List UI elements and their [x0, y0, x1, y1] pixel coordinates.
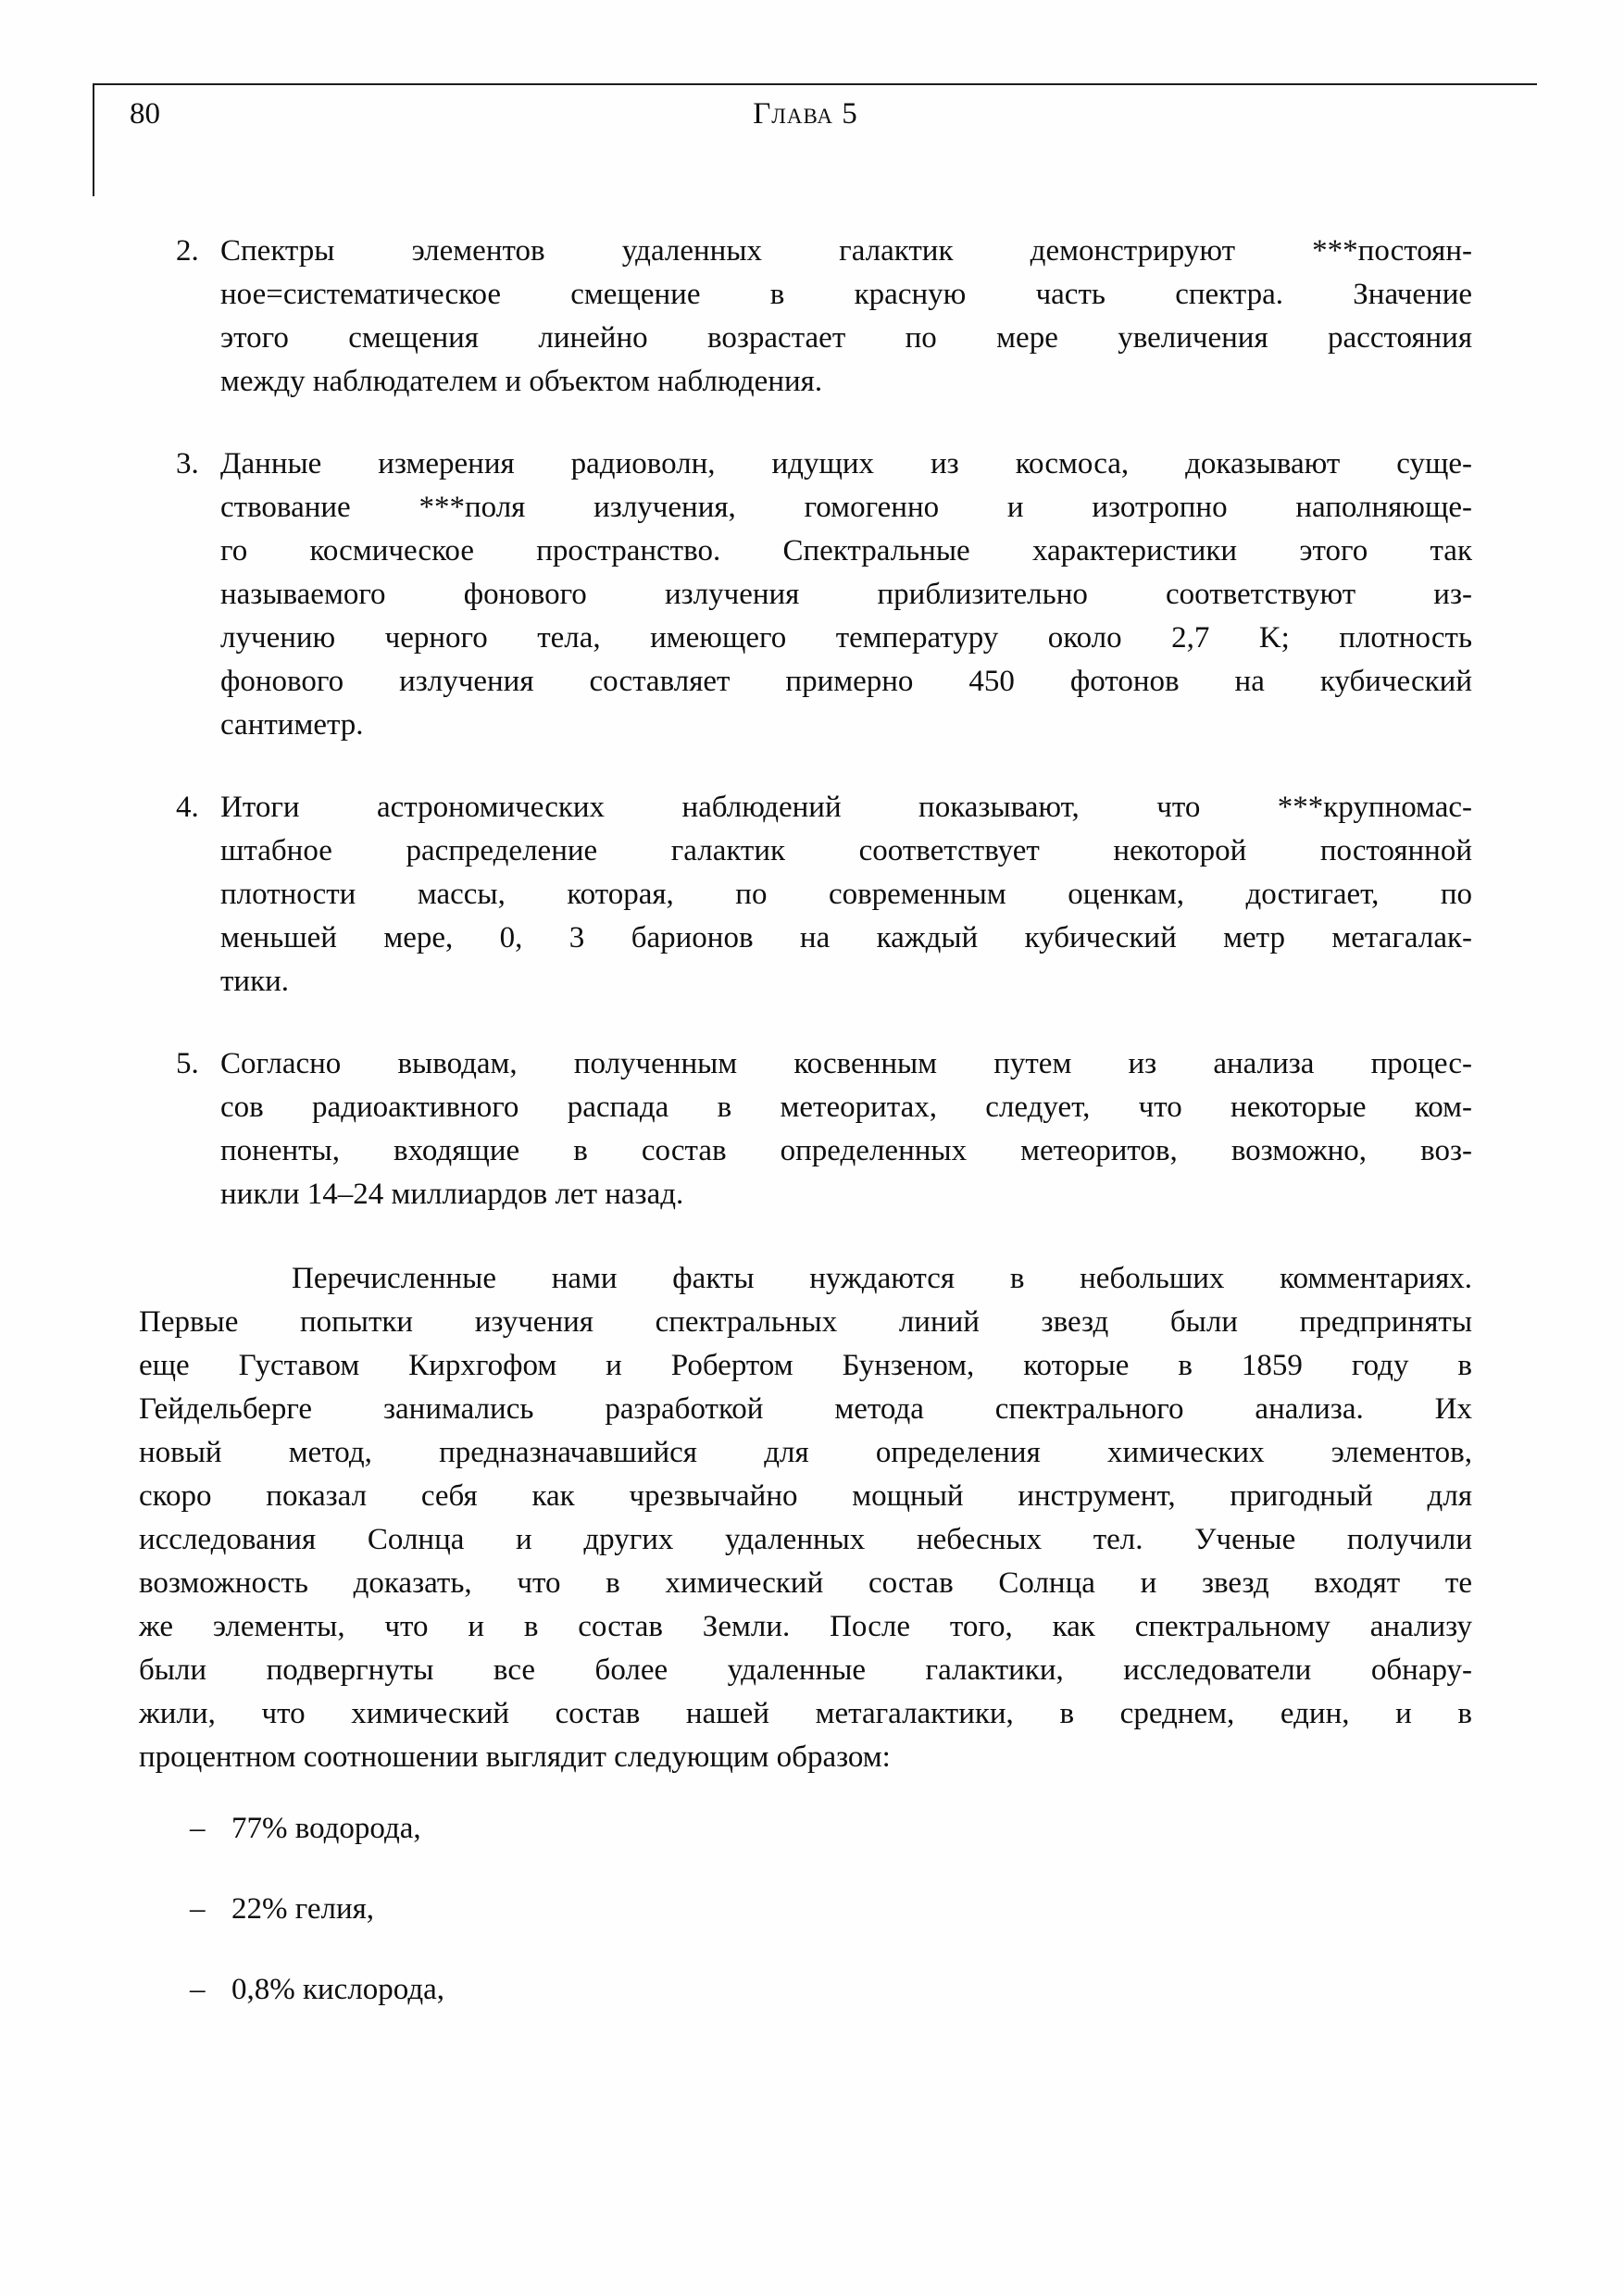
text-line: лучению черного тела, имеющего температу… [220, 617, 1472, 660]
text-line: новый метод, предназначавшийся для опред… [139, 1431, 1472, 1475]
text-line: го космическое пространство. Спектральны… [220, 530, 1472, 573]
text-line: поненты, входящие в состав определенных … [220, 1129, 1472, 1173]
item-number: 3. [176, 443, 220, 747]
list-item-text: 77% водорода, [231, 1807, 1472, 1851]
numbered-list: 2. Спектры элементов удаленных галактик … [139, 230, 1472, 1216]
text-line: скоро показал себя как чрезвычайно мощны… [139, 1475, 1472, 1518]
text-line: Данные измерения радиоволн, идущих из ко… [220, 443, 1472, 486]
page-content: 2. Спектры элементов удаленных галактик … [139, 230, 1472, 2012]
text-line: возможность доказать, что в химический с… [139, 1562, 1472, 1605]
scan-border-left [93, 83, 94, 196]
list-item-helium: – 22% гелия, [190, 1888, 1472, 1931]
item-text: Данные измерения радиоволн, идущих из ко… [220, 443, 1472, 747]
composition-list: – 77% водорода, – 22% гелия, – 0,8% кисл… [139, 1807, 1472, 2012]
text-line: Гейдельберге занимались разработкой мето… [139, 1388, 1472, 1431]
item-number: 5. [176, 1042, 220, 1216]
item-text: Спектры элементов удаленных галактик дем… [220, 230, 1472, 404]
text-line: процентном соотношении выглядит следующи… [139, 1736, 1472, 1779]
text-line: никли 14–24 миллиардов лет назад. [220, 1173, 1472, 1216]
text-line: ное=систематическое смещение в красную ч… [220, 273, 1472, 317]
text-line: между наблюдателем и объектом наблюдения… [220, 360, 1472, 404]
list-item-text: 22% гелия, [231, 1888, 1472, 1931]
text-line: были подвергнуты все более удаленные гал… [139, 1649, 1472, 1692]
chapter-title: Глава 5 [139, 93, 1472, 135]
numbered-item-3: 3. Данные измерения радиоволн, идущих из… [176, 443, 1472, 747]
text-line: исследования Солнца и других удаленных н… [139, 1518, 1472, 1562]
numbered-item-2: 2. Спектры элементов удаленных галактик … [176, 230, 1472, 404]
numbered-item-4: 4. Итоги астрономических наблюдений пока… [176, 786, 1472, 1004]
item-number: 4. [176, 786, 220, 1004]
text-line: же элементы, что и в состав Земли. После… [139, 1605, 1472, 1649]
text-line: меньшей мере, 0, 3 барионов на каждый ку… [220, 917, 1472, 960]
text-line: этого смещения линейно возрастает по мер… [220, 317, 1472, 360]
text-line: еще Густавом Кирхгофом и Робертом Бунзен… [139, 1344, 1472, 1388]
text-line: тики. [220, 960, 1472, 1004]
book-page: 80 Глава 5 2. Спектры элементов удаленны… [0, 0, 1624, 2295]
text-line: сантиметр. [220, 704, 1472, 747]
dash-marker: – [190, 1888, 231, 1931]
text-line: жили, что химический состав нашей метага… [139, 1692, 1472, 1736]
list-item-oxygen: – 0,8% кислорода, [190, 1968, 1472, 2012]
dash-marker: – [190, 1807, 231, 1851]
text-line: ствование ***поля излучения, гомогенно и… [220, 486, 1472, 530]
text-line: называемого фонового излучения приблизит… [220, 573, 1472, 617]
numbered-item-5: 5. Согласно выводам, полученным косвенны… [176, 1042, 1472, 1216]
dash-marker: – [190, 1968, 231, 2012]
text-line: фонового излучения составляет примерно 4… [220, 660, 1472, 704]
item-text: Согласно выводам, полученным косвенным п… [220, 1042, 1472, 1216]
page-header: 80 Глава 5 [139, 93, 1472, 135]
text-line: Первые попытки изучения спектральных лин… [139, 1301, 1472, 1344]
text-line: Перечисленные нами факты нуждаются в неб… [139, 1257, 1472, 1301]
text-line: плотности массы, которая, по современным… [220, 873, 1472, 917]
body-paragraph: Перечисленные нами факты нуждаются в неб… [139, 1257, 1472, 1779]
item-number: 2. [176, 230, 220, 404]
list-item-hydrogen: – 77% водорода, [190, 1807, 1472, 1851]
text-line: Согласно выводам, полученным косвенным п… [220, 1042, 1472, 1086]
item-text: Итоги астрономических наблюдений показыв… [220, 786, 1472, 1004]
scan-border-top [93, 83, 1537, 85]
text-line: Итоги астрономических наблюдений показыв… [220, 786, 1472, 829]
list-item-text: 0,8% кислорода, [231, 1968, 1472, 2012]
text-line: штабное распределение галактик соответст… [220, 829, 1472, 873]
text-line: Спектры элементов удаленных галактик дем… [220, 230, 1472, 273]
text-line: сов радиоактивного распада в метеоритах,… [220, 1086, 1472, 1129]
